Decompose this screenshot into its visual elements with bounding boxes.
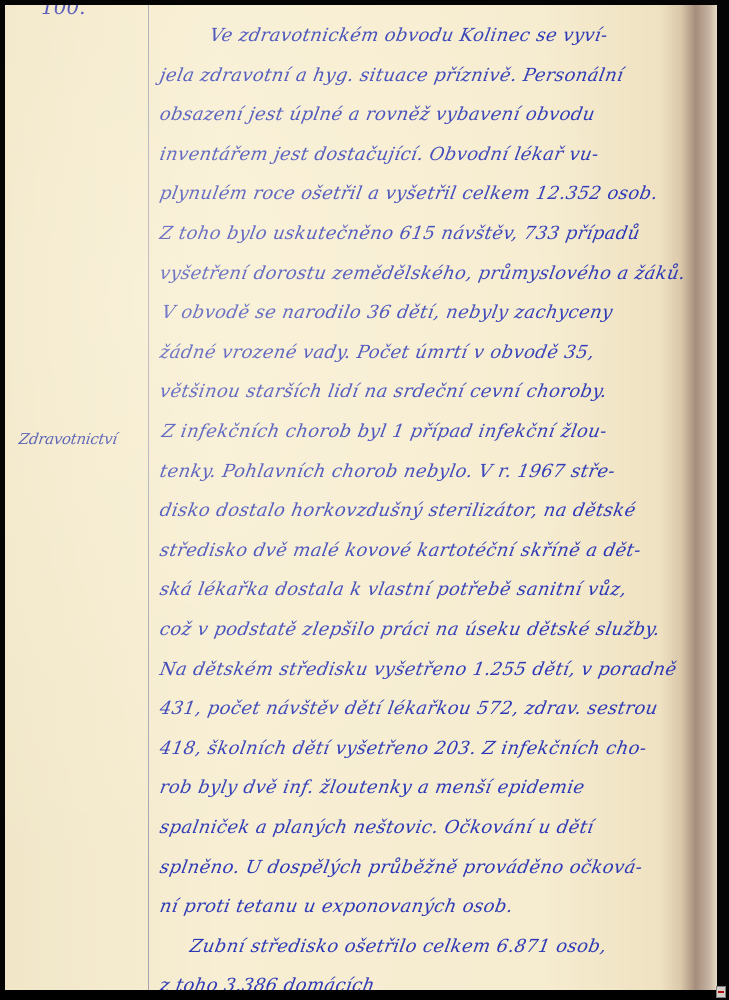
minimize-icon [718, 991, 724, 993]
handwritten-line: 418, školních dětí vyšetřeno 203. Z infe… [158, 738, 648, 759]
handwritten-line: ská lékařka dostala k vlastní potřebě sa… [158, 579, 628, 600]
handwritten-line: V obvodě se narodilo 36 dětí, nebyly zac… [160, 302, 614, 323]
handwritten-page: 100. Zdravotnictví Ve zdravotnickém obvo… [5, 5, 717, 993]
handwritten-line: tenky. Pohlavních chorob nebylo. V r. 19… [158, 461, 617, 482]
handwritten-line: splněno. U dospělých průběžně prováděno … [158, 857, 644, 878]
handwritten-line: plynulém roce ošetřil a vyšetřil celkem … [158, 183, 659, 204]
handwritten-line: Z infekčních chorob byl 1 případ infekčn… [160, 421, 609, 442]
handwritten-line: většinou starších lidí na srdeční cevní … [158, 381, 609, 402]
handwritten-line: jela zdravotní a hyg. situace příznivě. … [158, 65, 625, 86]
page-number: 100. [41, 5, 86, 19]
handwritten-line: disko dostalo horkovzdušný sterilizátor,… [158, 500, 637, 521]
handwritten-line: žádné vrozené vady. Počet úmrtí v obvodě… [158, 342, 596, 363]
handwritten-line: Ve zdravotnickém obvodu Kolinec se vyví- [208, 25, 609, 46]
handwritten-line: rob byly dvě inf. žloutenky a menší epid… [158, 777, 586, 798]
minimize-button[interactable] [716, 986, 726, 998]
margin-note: Zdravotnictví [18, 430, 118, 448]
handwritten-line: Zubní středisko ošetřilo celkem 6.871 os… [188, 936, 608, 957]
margin-rule [148, 5, 149, 993]
handwritten-line: obsazení jest úplné a rovněž vybavení ob… [158, 104, 597, 125]
handwritten-line: spalniček a planých neštovic. Očkování u… [158, 817, 595, 838]
handwritten-line: 431, počet návštěv dětí lékařkou 572, zd… [158, 698, 659, 719]
handwritten-line: Na dětském středisku vyšetřeno 1.255 dět… [158, 659, 678, 680]
handwritten-line: vyšetření dorostu zemědělského, průmyslo… [158, 263, 687, 284]
handwritten-line: inventářem jest dostačující. Obvodní lék… [158, 144, 600, 165]
viewer-bottom-bar [0, 990, 729, 1000]
handwritten-line: Z toho bylo uskutečněno 615 návštěv, 733… [158, 223, 642, 244]
handwritten-line: ní proti tetanu u exponovaných osob. [158, 896, 515, 917]
handwritten-line: středisko dvě malé kovové kartotéční skř… [158, 540, 642, 561]
handwritten-line: což v podstatě zlepšilo práci na úseku d… [158, 619, 662, 640]
document-viewer: 100. Zdravotnictví Ve zdravotnickém obvo… [0, 0, 729, 1000]
